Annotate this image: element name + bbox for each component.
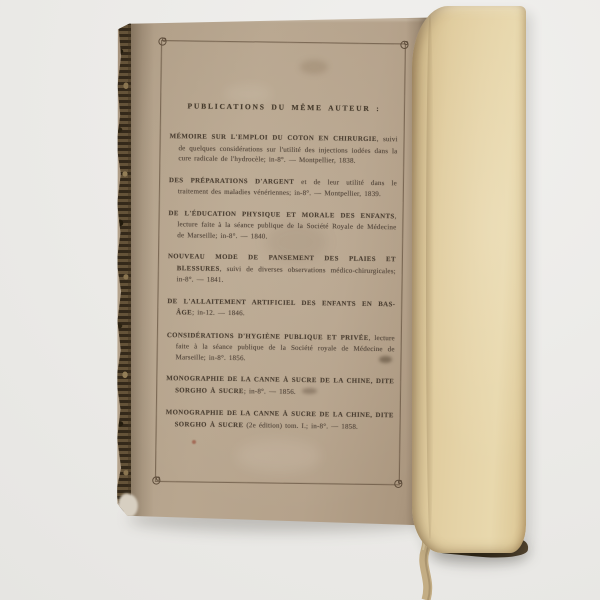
publication-entry: MONOGRAPHIE DE LA CANNE À SUCRE DE LA CH… bbox=[166, 373, 394, 399]
publication-details: ; in-8°. — 1856. bbox=[244, 387, 296, 396]
corner-flourish-icon bbox=[151, 475, 162, 486]
page-border-frame: PUBLICATIONS DU MÊME AUTEUR : MÉMOIRE SU… bbox=[155, 40, 406, 485]
publication-entry: DE L'ALLAITEMENT ARTIFICIEL DES ENFANTS … bbox=[167, 296, 395, 322]
corner-flourish-icon bbox=[393, 478, 404, 489]
publication-entry: DE L'ÉDUCATION PHYSIQUE ET MORALE DES EN… bbox=[168, 208, 396, 244]
hinge-shadow bbox=[128, 14, 154, 526]
publication-entry: MÉMOIRE SUR L'EMPLOI DU COTON EN CHIRURG… bbox=[169, 131, 397, 167]
page-curl-shading bbox=[426, 14, 434, 539]
page-title: PUBLICATIONS DU MÊME AUTEUR : bbox=[170, 101, 398, 113]
publication-entry: MONOGRAPHIE DE LA CANNE À SUCRE DE LA CH… bbox=[166, 407, 394, 433]
book-right-page bbox=[412, 6, 526, 553]
publication-entry: DES PRÉPARATIONS D'ARGENT et de leur uti… bbox=[169, 175, 397, 200]
publication-entry: NOUVEAU MODE DE PANSEMENT DES PLAIES ET … bbox=[168, 251, 396, 288]
publication-title: DES PRÉPARATIONS D'ARGENT bbox=[169, 177, 294, 186]
corner-flourish-icon bbox=[157, 36, 168, 47]
publication-details: (2e édition) tom. I.; in-8°. — 1858. bbox=[243, 421, 358, 431]
publication-details: ; in-12. — 1846. bbox=[192, 308, 245, 317]
page-edge-highlight bbox=[126, 18, 428, 21]
publication-title: CONSIDÉRATIONS D'HYGIÈNE PUBLIQUE ET PRI… bbox=[167, 332, 369, 342]
book-photo: PUBLICATIONS DU MÊME AUTEUR : MÉMOIRE SU… bbox=[0, 0, 600, 600]
publication-title: MÉMOIRE SUR L'EMPLOI DU COTON EN CHIRURG… bbox=[170, 133, 377, 143]
publications-list: PUBLICATIONS DU MÊME AUTEUR : MÉMOIRE SU… bbox=[165, 101, 398, 444]
publication-entry: CONSIDÉRATIONS D'HYGIÈNE PUBLIQUE ET PRI… bbox=[167, 330, 395, 366]
book-left-page: PUBLICATIONS DU MÊME AUTEUR : MÉMOIRE SU… bbox=[116, 14, 428, 526]
publication-title: DE L'ÉDUCATION PHYSIQUE ET MORALE DES EN… bbox=[169, 210, 395, 220]
